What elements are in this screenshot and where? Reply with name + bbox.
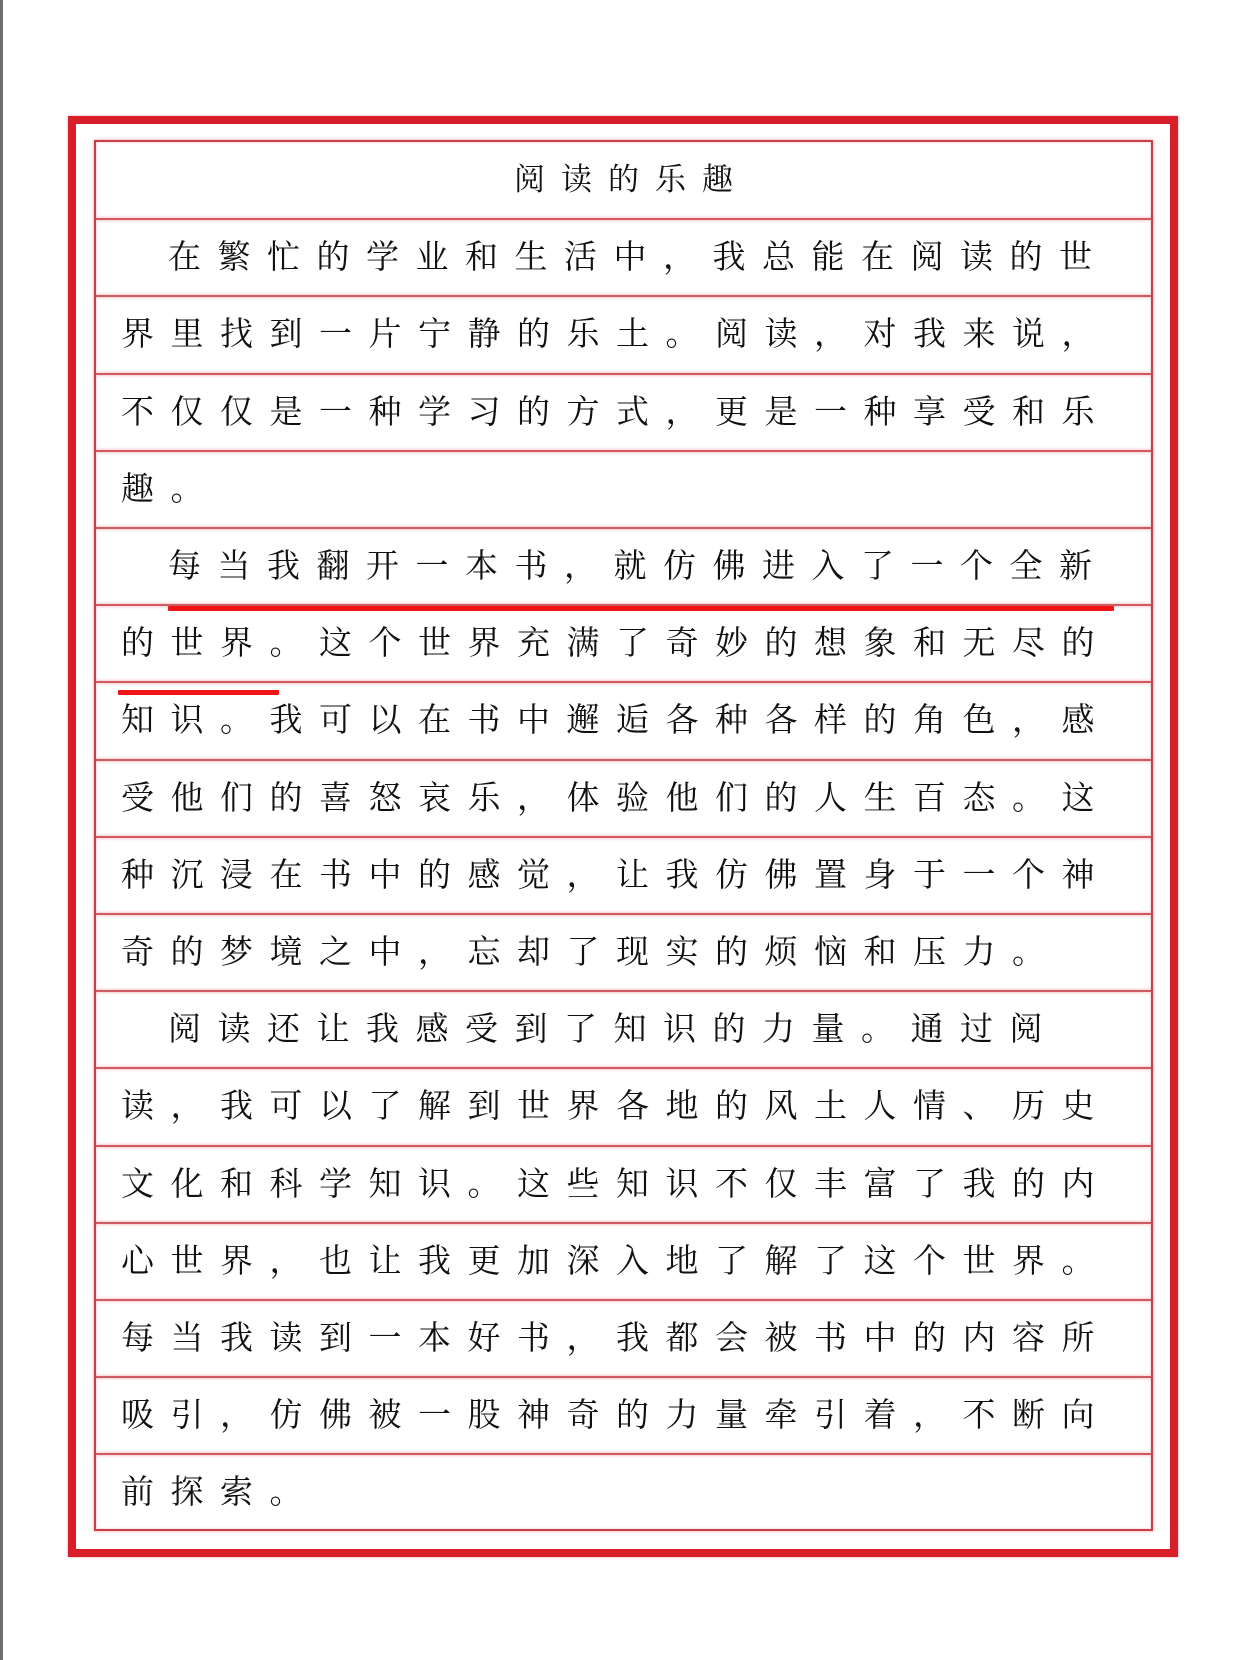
title-row: 阅读的乐趣 <box>96 142 1151 219</box>
text-line: 每当我翻开一本书，就仿佛进入了一个全新 <box>96 528 1151 605</box>
line-text: 吸引，仿佛被一股神奇的力量牵引着，不断向 <box>121 1395 1111 1435</box>
text-line: 种沉浸在书中的感觉，让我仿佛置身于一个神 <box>96 837 1151 914</box>
line-text: 前探索。 <box>121 1472 319 1512</box>
line-text: 奇的梦境之中，忘却了现实的烦恼和压力。 <box>121 932 1062 972</box>
line-text: 种沉浸在书中的感觉，让我仿佛置身于一个神 <box>121 855 1111 895</box>
line-text: 读，我可以了解到世界各地的风土人情、历史 <box>121 1086 1111 1126</box>
text-line: 的世界。这个世界充满了奇妙的想象和无尽的 <box>96 605 1151 682</box>
text-line: 受他们的喜怒哀乐，体验他们的人生百态。这 <box>96 760 1151 837</box>
text-line: 文化和科学知识。这些知识不仅丰富了我的内 <box>96 1146 1151 1223</box>
ruled-rows: 阅读的乐趣 在繁忙的学业和生活中，我总能在阅读的世 界里找到一片宁静的乐土。阅读… <box>96 142 1151 1529</box>
line-text: 心世界，也让我更加深入地了解了这个世界。 <box>121 1241 1111 1281</box>
line-text: 每当我翻开一本书，就仿佛进入了一个全新 <box>168 546 1109 586</box>
text-line: 前探索。 <box>96 1454 1151 1531</box>
text-line: 奇的梦境之中，忘却了现实的烦恼和压力。 <box>96 914 1151 991</box>
line-text: 在繁忙的学业和生活中，我总能在阅读的世 <box>168 237 1109 277</box>
line-text: 阅读还让我感受到了知识的力量。通过阅 <box>168 1009 1059 1049</box>
text-line: 吸引，仿佛被一股神奇的力量牵引着，不断向 <box>96 1377 1151 1454</box>
line-text: 知识。我可以在书中邂逅各种各样的角色，感 <box>121 700 1111 740</box>
line-text: 界里找到一片宁静的乐土。阅读，对我来说， <box>121 314 1111 354</box>
text-line: 趣。 <box>96 451 1151 528</box>
highlight-underline <box>168 606 1114 611</box>
text-line: 不仅仅是一种学习的方式，更是一种享受和乐 <box>96 374 1151 451</box>
text-line: 心世界，也让我更加深入地了解了这个世界。 <box>96 1223 1151 1300</box>
text-line: 界里找到一片宁静的乐土。阅读，对我来说， <box>96 296 1151 373</box>
highlight-underline <box>118 690 279 695</box>
line-text: 每当我读到一本好书，我都会被书中的内容所 <box>121 1318 1111 1358</box>
text-line: 每当我读到一本好书，我都会被书中的内容所 <box>96 1300 1151 1377</box>
essay-title: 阅读的乐趣 <box>96 160 1151 200</box>
writing-grid: 阅读的乐趣 在繁忙的学业和生活中，我总能在阅读的世 界里找到一片宁静的乐土。阅读… <box>94 140 1153 1531</box>
text-line: 读，我可以了解到世界各地的风土人情、历史 <box>96 1068 1151 1145</box>
text-line: 在繁忙的学业和生活中，我总能在阅读的世 <box>96 219 1151 296</box>
page-edge-line <box>0 0 3 1660</box>
line-text: 文化和科学知识。这些知识不仅丰富了我的内 <box>121 1164 1111 1204</box>
line-text: 受他们的喜怒哀乐，体验他们的人生百态。这 <box>121 778 1111 818</box>
text-line: 阅读还让我感受到了知识的力量。通过阅 <box>96 991 1151 1068</box>
line-text: 趣。 <box>121 469 220 509</box>
line-text: 不仅仅是一种学习的方式，更是一种享受和乐 <box>121 392 1111 432</box>
line-text: 的世界。这个世界充满了奇妙的想象和无尽的 <box>121 623 1111 663</box>
